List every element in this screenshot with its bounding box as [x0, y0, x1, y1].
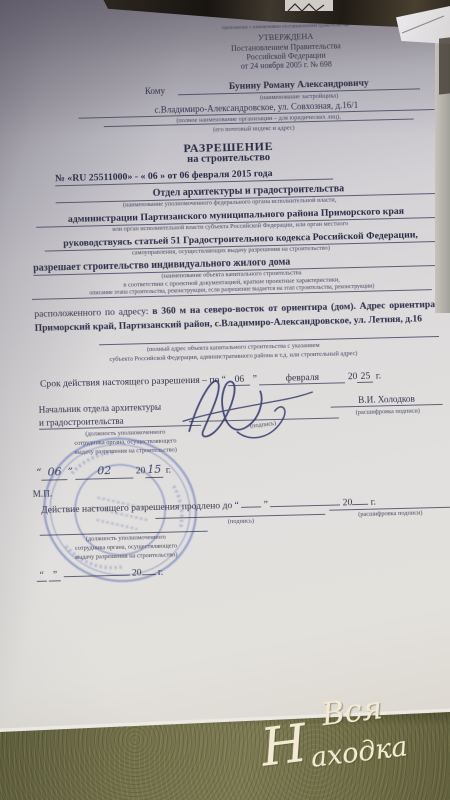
location-paragraph: расположенного по адресу: в 360 м на сев… [34, 298, 439, 335]
seal-place-label: М.П. [33, 488, 53, 499]
validity-era: г. [376, 370, 382, 381]
paper-corner-notch [285, 0, 333, 11]
blank-year-prefix: 20 [132, 567, 142, 578]
issue-date-close-quote: ” [67, 466, 73, 478]
construction-permit-document: приложение с изменениями постановлением … [21, 17, 448, 717]
issue-date-day: 06 [41, 466, 67, 481]
blank-quote-open: “ [37, 570, 47, 583]
dark-edge-object [439, 37, 450, 94]
prolong-quote: ” [264, 499, 269, 510]
validity-year: 25 [357, 371, 373, 384]
blank-quote-close: ” [49, 569, 61, 582]
issue-date-year: 15 [145, 464, 163, 478]
signatory-name: В.И. Холодков [330, 393, 442, 408]
issue-date-era: г. [166, 465, 172, 476]
watermark-initial: Н [258, 714, 310, 779]
location-label: расположенного по адресу: [34, 306, 148, 320]
blank-day [241, 506, 261, 507]
blank-year [352, 504, 368, 505]
blank-year [142, 574, 156, 575]
zigzag-mark [285, 2, 333, 13]
signatory-name-caption: (расшифровка подписи) [329, 407, 447, 417]
addressee-label: Кому [145, 86, 165, 97]
permit-number: № «RU 25511000» - « 06 » от 06 февраля 2… [55, 167, 333, 186]
watermark-line1: Вся [320, 690, 385, 733]
name-caption: (расшифровка подписи) [329, 509, 450, 519]
validity-year-prefix: 20 [348, 371, 358, 382]
approval-header: приложение с изменениями постановлением … [149, 21, 422, 74]
blank-era: г. [158, 567, 164, 578]
watermark-line2: аходка [309, 731, 409, 774]
photo-of-document: приложение с изменениями постановлением … [0, 0, 450, 800]
blank-month [64, 575, 130, 578]
issue-date-month: 02 [75, 464, 133, 479]
handwritten-signature [180, 366, 322, 449]
signature-caption: (подпись) [198, 517, 283, 526]
issue-date-year-prefix: 20 [136, 465, 146, 476]
